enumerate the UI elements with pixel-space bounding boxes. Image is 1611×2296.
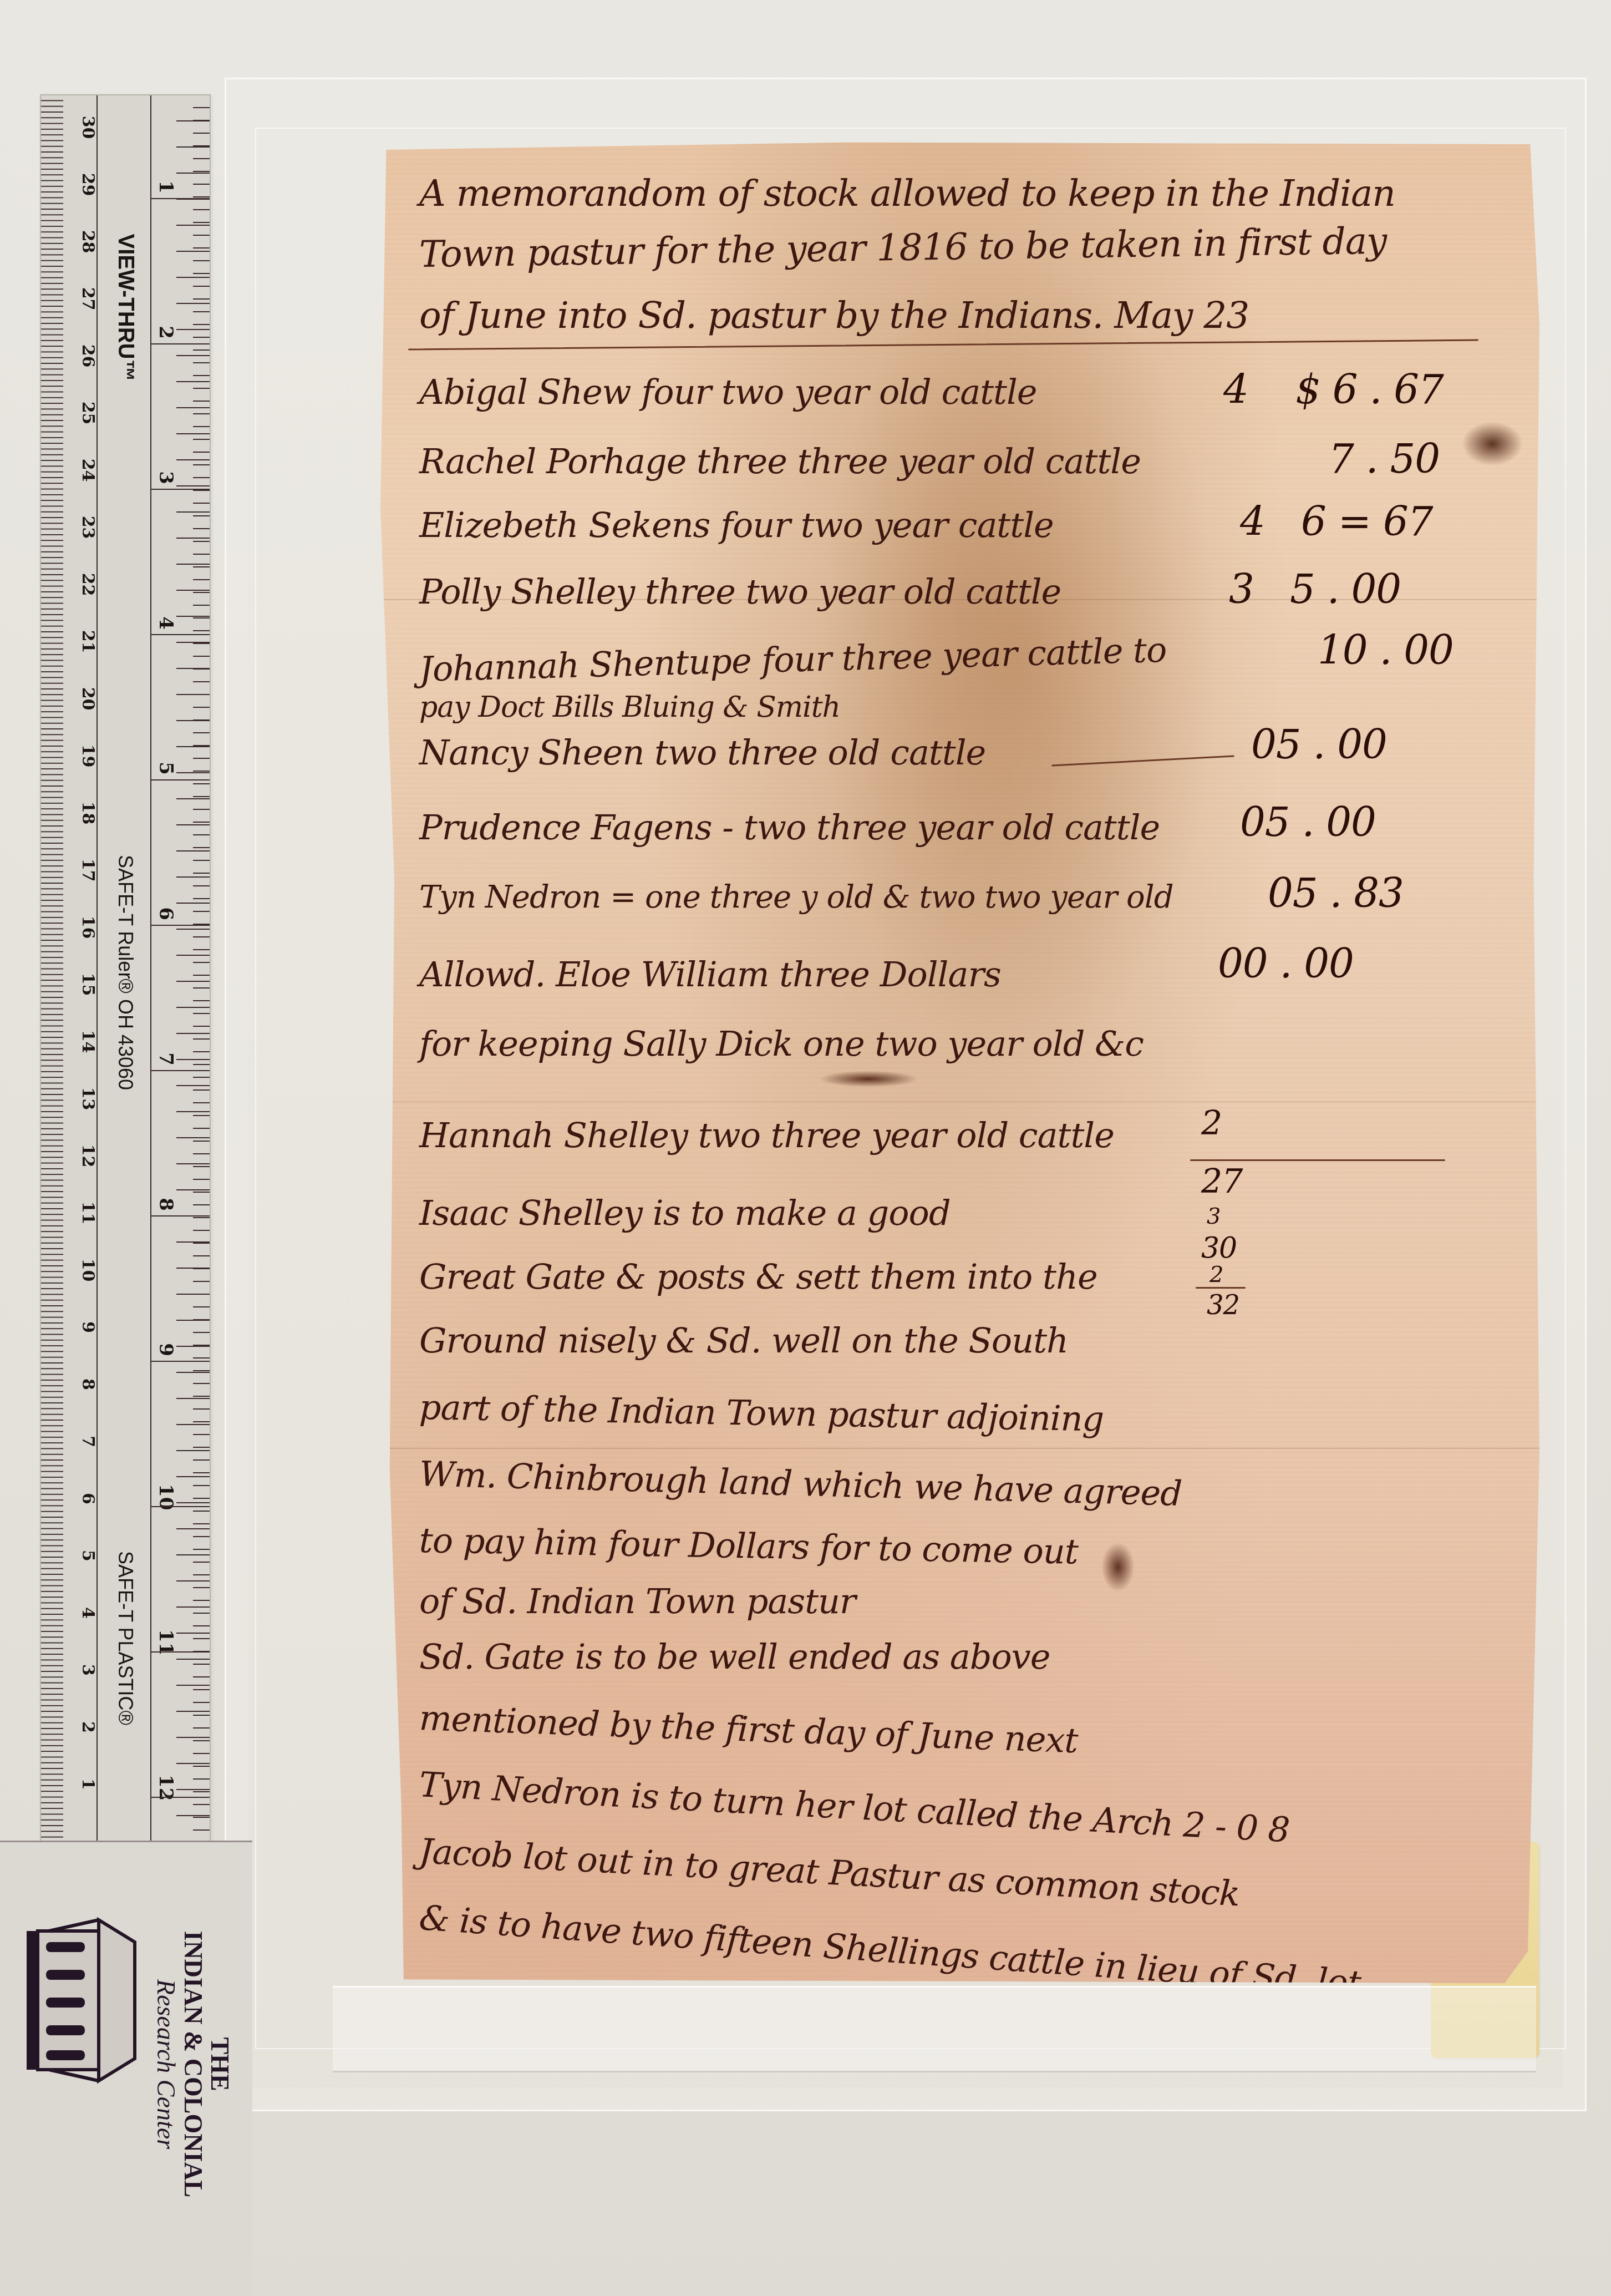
label-line-2: INDIAN & COLONIAL	[179, 1920, 206, 2208]
ruler-cm-label: 25	[78, 401, 98, 425]
agreement-line: Ground nisely & Sd. well on the South	[419, 1320, 1068, 1361]
ruler-cm-label: 27	[78, 286, 98, 311]
ink-blot	[1101, 1542, 1135, 1592]
entry-text: Nancy Sheen two three old cattle	[419, 732, 985, 773]
tally-value: 30	[1201, 1231, 1237, 1265]
ruler-inch-divider	[151, 1361, 210, 1362]
fold-line	[380, 1101, 1539, 1102]
entry-count: 3	[1229, 566, 1254, 612]
agreement-line: of Sd. Indian Town pastur	[419, 1581, 856, 1621]
tally-total: 27	[1201, 1162, 1242, 1201]
ruler-inch-label: 1	[155, 176, 177, 198]
label-line-3: Research Center	[153, 1920, 179, 2208]
ruler-cm-label: 1	[78, 1772, 98, 1797]
ruler-inch-divider	[151, 1506, 210, 1507]
agreement-line: part of the Indian Town pastur adjoining	[419, 1387, 1104, 1440]
ruler-cm-label: 3	[78, 1658, 98, 1682]
ruler-inch-label: 4	[155, 612, 177, 634]
tally-rule	[1190, 1159, 1445, 1161]
tally-value: 3	[1207, 1204, 1220, 1229]
label-line-1: THE	[206, 1920, 233, 2208]
institution-name: THE INDIAN & COLONIAL Research Center	[153, 1920, 233, 2208]
entry-count: 4	[1240, 498, 1265, 545]
ruler-cm-numbers: 3029282726252423222120191817161514131211…	[75, 95, 100, 1843]
agreement-line: Sd. Gate is to be well ended as above	[419, 1636, 1050, 1677]
ruler-inch-divider	[151, 925, 210, 926]
entry-text: for keeping Sally Dick one two year old …	[419, 1023, 1144, 1064]
fold-line	[380, 1448, 1539, 1449]
photo-stage: 3029282726252423222120191817161514131211…	[0, 0, 1611, 2296]
entry-text: Johannah Shentupe four three year cattle…	[419, 630, 1167, 690]
entry-text: Hannah Shelley two three year old cattle	[419, 1115, 1114, 1155]
ruler-inch-divider	[151, 1797, 210, 1798]
ruler-cm-label: 29	[78, 172, 98, 197]
ruler-brand-middle: SAFE-T Ruler® OH 43060	[114, 762, 137, 1183]
heading-line: A memorandom of stock allowed to keep in…	[419, 172, 1395, 215]
ruler-cm-label: 12	[78, 1143, 98, 1168]
ruler-cm-label: 9	[78, 1315, 98, 1340]
ruler-inch-divider	[151, 634, 210, 635]
ruler-inch-divider	[151, 489, 210, 490]
ruler-inch-label: 7	[155, 1048, 177, 1070]
ruler-inch-label: 5	[155, 757, 177, 779]
ruler-cm-label: 21	[78, 629, 98, 654]
ruler-inch-divider	[151, 779, 210, 780]
institution-label-card: THE INDIAN & COLONIAL Research Center	[0, 1841, 252, 2296]
entry-amount: 00 . 00	[1218, 940, 1354, 987]
ruler-cm-label: 30	[78, 115, 98, 140]
ruler-inch-divider	[151, 198, 210, 199]
ruler-cm-label: 5	[78, 1543, 98, 1568]
ruler-cm-label: 7	[78, 1429, 98, 1454]
entry-amount: 10 . 00	[1318, 627, 1454, 673]
heading-line: of June into Sd. pastur by the Indians. …	[419, 294, 1249, 337]
entry-amount: 05 . 83	[1268, 870, 1404, 916]
ruler-inch-label: 6	[155, 903, 177, 925]
entry-amount: $ 6 . 67	[1295, 366, 1444, 413]
entry-text: Elizebeth Sekens four two year cattle	[419, 505, 1054, 545]
ruler-inch-label: 11	[155, 1629, 177, 1651]
agreement-line: to pay him four Dollars for to come out	[419, 1520, 1078, 1572]
ruler-brand-top: VIEW-THRU™	[113, 202, 138, 413]
agreement-line: mentioned by the first day of June next	[419, 1697, 1079, 1761]
ruler-cm-label: 17	[78, 858, 98, 883]
ruler-inch-divider	[151, 1215, 210, 1217]
entry-text: Allowd. Eloe William three Dollars	[419, 954, 1001, 995]
entry-note: pay Doct Bills Bluing & Smith	[419, 691, 840, 724]
tally-value: 32	[1207, 1290, 1239, 1321]
agreement-line: Wm. Chinbrough land which we have agreed	[419, 1453, 1182, 1514]
ruler-inch-divider	[151, 1651, 210, 1653]
ruler-inch-label: 8	[155, 1193, 177, 1215]
ruler-cm-label: 18	[78, 800, 98, 825]
entry-text: Tyn Nedron = one three y old & two two y…	[419, 879, 1173, 915]
ruler-cm-label: 13	[78, 1086, 98, 1111]
entry-amount: 6 = 67	[1301, 498, 1433, 545]
mylar-sleeve-bottom-seam	[333, 1986, 1536, 2072]
ruler-inch-divider	[151, 343, 210, 344]
ruler-cm-label: 16	[78, 915, 98, 940]
entry-amount: 05 . 00	[1240, 799, 1376, 845]
ruler-cm-label: 4	[78, 1600, 98, 1625]
ruler-cm-label: 11	[78, 1200, 98, 1225]
ruler-brand-band: VIEW-THRU™ SAFE-T Ruler® OH 43060 SAFE-T…	[101, 95, 150, 1843]
ink-blot	[1462, 422, 1523, 466]
ruler-inch-label: 2	[155, 321, 177, 343]
agreement-line: Jacob lot out in to great Pastur as comm…	[418, 1831, 1241, 1914]
ruler-cm-label: 19	[78, 743, 98, 768]
ruler-cm-label: 26	[78, 343, 98, 368]
entry-count: 4	[1223, 366, 1248, 413]
ruler-inch-label: 10	[155, 1484, 177, 1506]
tally-rule	[1196, 1287, 1246, 1289]
ruler-cm-label: 15	[78, 972, 98, 997]
ruler-inch-label: 3	[155, 467, 177, 489]
ruler-cm-label: 6	[78, 1486, 98, 1511]
heading-underline	[408, 339, 1478, 351]
ruler-cm-label: 24	[78, 458, 98, 483]
ruler-cm-label: 2	[78, 1715, 98, 1740]
entry-text: Prudence Fagens - two three year old cat…	[419, 807, 1160, 848]
ink-blot	[819, 1071, 918, 1087]
entry-text: Rachel Porhage three three year old catt…	[419, 441, 1141, 481]
ruler-inch-divider	[151, 1070, 210, 1071]
ruler-cm-label: 20	[78, 686, 98, 711]
ruler-brand-bottom: SAFE-T PLASTIC®	[114, 1483, 137, 1793]
ruler-inch-label: 12	[155, 1775, 177, 1797]
ruler-cm-label: 22	[78, 572, 98, 597]
ruler-cm-label: 10	[78, 1258, 98, 1283]
tally-count: 2	[1201, 1104, 1222, 1143]
entry-amount: 5 . 00	[1290, 566, 1401, 612]
entry-text: Abigal Shew four two year old cattle	[419, 372, 1037, 412]
entry-amount: 7 . 50	[1329, 435, 1440, 482]
ruler-cm-label: 28	[78, 229, 98, 254]
ruler-inch-label: 9	[155, 1339, 177, 1361]
agreement-line: Great Gate & posts & sett them into the	[419, 1256, 1097, 1297]
ruler-cm-label: 23	[78, 515, 98, 540]
measuring-ruler: 3029282726252423222120191817161514131211…	[40, 94, 211, 1844]
entry-text: Polly Shelley three two year old cattle	[419, 571, 1061, 612]
entry-amount: 05 . 00	[1251, 721, 1387, 768]
tally-value: 2	[1209, 1262, 1223, 1288]
building-icon	[16, 1909, 138, 2092]
ruler-cm-label: 8	[78, 1372, 98, 1397]
entry-rule	[1051, 755, 1234, 766]
ruler-inch-scale: 123456789101112	[150, 95, 210, 1843]
heading-line: Town pastur for the year 1816 to be take…	[419, 220, 1386, 276]
manuscript-page: A memorandom of stock allowed to keep in…	[380, 139, 1539, 1989]
agreement-line: Isaac Shelley is to make a good	[419, 1193, 951, 1233]
ruler-cm-label: 14	[78, 1029, 98, 1054]
